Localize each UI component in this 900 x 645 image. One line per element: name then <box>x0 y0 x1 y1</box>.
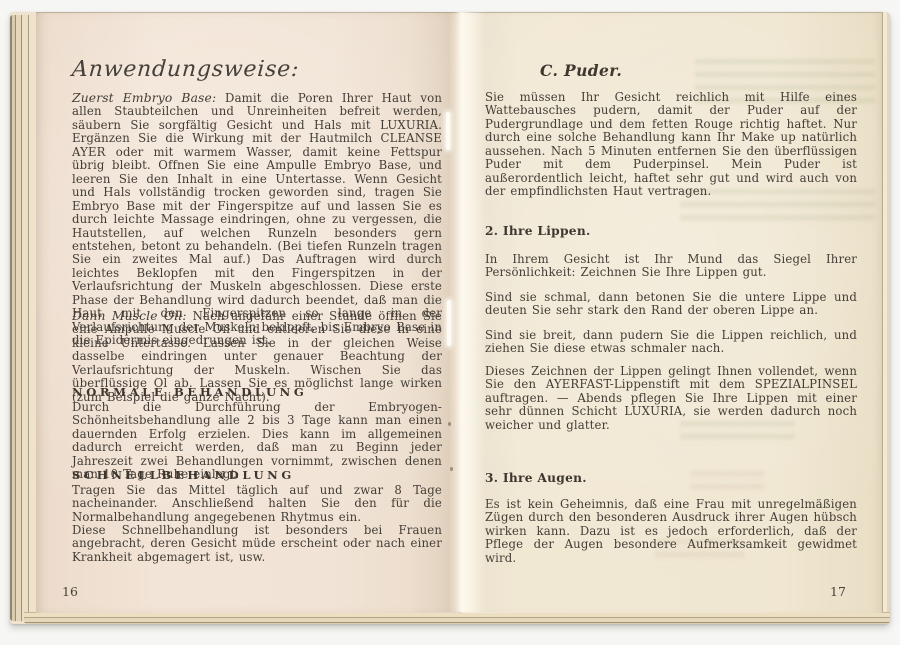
paragraph-muscle-lead: Dann Muscle Oil: <box>72 309 187 323</box>
paragraph-embryo-lead: Zuerst Embryo Base: <box>72 91 216 105</box>
left-text-column: Anwendungsweise: Zuerst Embryo Base: Dam… <box>72 13 442 613</box>
heading-normale-behandlung: NORMALE BEHANDLUNG <box>72 385 442 399</box>
open-booklet: Anwendungsweise: Zuerst Embryo Base: Dam… <box>10 12 890 624</box>
heading-ihre-lippen: 2. Ihre Lippen. <box>485 224 857 238</box>
paragraph-schnellbehandlung-2: Diese Schnellbehandlung ist besonders be… <box>72 524 442 564</box>
page-edge-right <box>882 12 890 612</box>
paragraph-lippen-4: Dieses Zeichnen der Lippen gelingt Ihnen… <box>485 365 857 432</box>
paragraph-lippen-3: Sind sie breit, dann pudern Sie die Lipp… <box>485 329 857 356</box>
paragraph-schnellbehandlung-1: Tragen Sie das Mittel täglich auf und zw… <box>72 484 442 524</box>
right-text-column: C. Puder. Sie müssen Ihr Gesicht reichli… <box>485 13 857 613</box>
page-edges-bottom <box>24 612 890 624</box>
gutter-highlight <box>447 300 451 346</box>
heading-puder: C. Puder. <box>540 61 622 80</box>
heading-schnellbehandlung: SCHNELLBEHANDLUNG <box>72 468 442 482</box>
page-left: Anwendungsweise: Zuerst Embryo Base: Dam… <box>36 12 462 613</box>
scan-background: Anwendungsweise: Zuerst Embryo Base: Dam… <box>0 0 900 645</box>
gutter-highlight <box>446 112 450 150</box>
paragraph-puder: Sie müssen Ihr Gesicht reichlich mit Hil… <box>485 91 857 199</box>
page-right: C. Puder. Sie müssen Ihr Gesicht reichli… <box>462 12 882 613</box>
page-number-left: 16 <box>62 584 78 599</box>
page-edges-left <box>10 15 36 621</box>
heading-ihre-augen: 3. Ihre Augen. <box>485 471 857 485</box>
page-number-right: 17 <box>830 584 846 599</box>
paper-speck <box>448 422 451 426</box>
paragraph-lippen-1: In Ihrem Gesicht ist Ihr Mund das Siegel… <box>485 253 857 280</box>
paragraph-augen: Es ist kein Geheimnis, daß eine Frau mit… <box>485 498 857 565</box>
paragraph-lippen-2: Sind sie schmal, dann betonen Sie die un… <box>485 291 857 318</box>
left-page-heading: Anwendungsweise: <box>71 57 443 82</box>
paper-speck <box>450 467 453 471</box>
